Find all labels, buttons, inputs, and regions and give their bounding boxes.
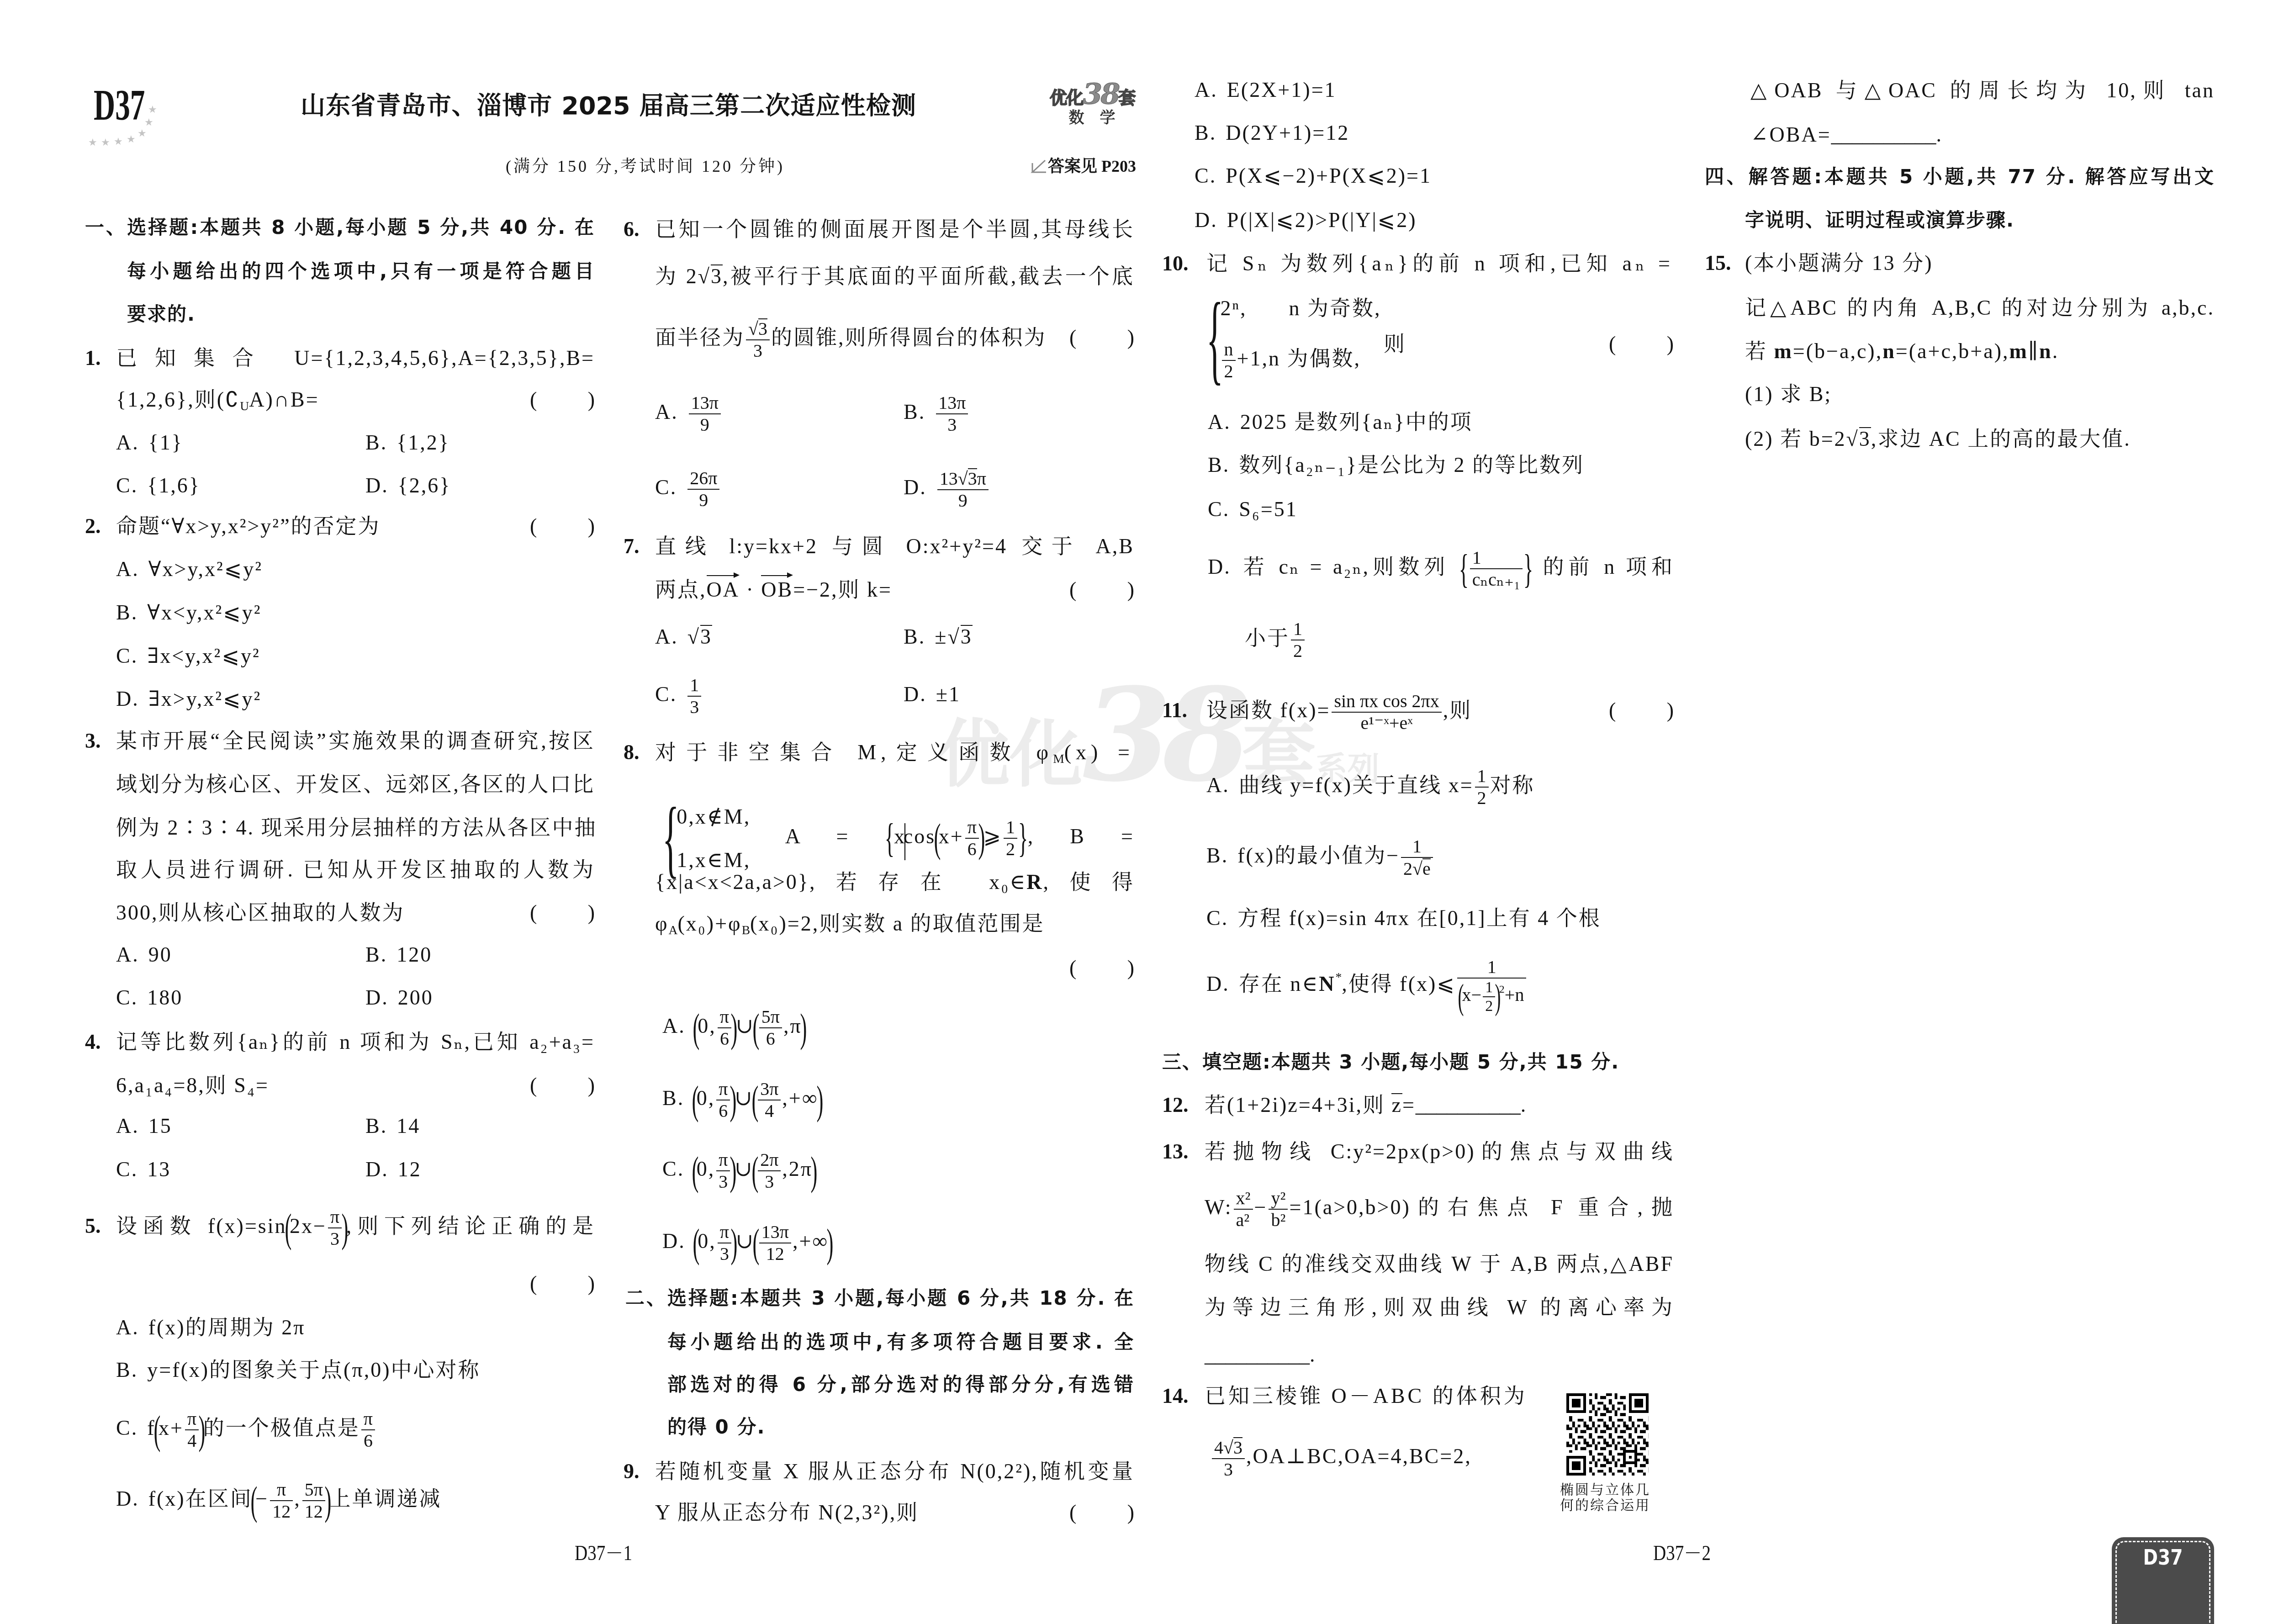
option-text: − [255, 1487, 269, 1510]
option-label: C. [655, 476, 677, 499]
option-d: D.∃x>y,x²⩽y² [116, 677, 261, 720]
fraction-denominator: a² [1234, 1210, 1253, 1230]
option-a: A.90 [116, 933, 172, 976]
fraction-numerator: 1 [1401, 836, 1433, 858]
right-paren: ) [341, 1208, 348, 1249]
option-c: C.方程 f(x)=sin 4πx 在[0,1]上有 4 个根 [1206, 897, 1601, 940]
question-stem: 4√33,OA⊥BC,OA=4,BC=2, [1211, 1435, 1472, 1478]
section-4-heading: 四、解答题:本题共 5 小题,共 77 分. 解答应写出文 [1705, 155, 2215, 198]
option-d-continued: 小于12 [1245, 617, 1306, 660]
fraction-numerator: π [328, 1207, 342, 1228]
option-text: 对称 [1490, 773, 1535, 797]
vector: OB [761, 579, 793, 601]
qr-code [1566, 1393, 1649, 1476]
question-number: 8. [624, 731, 640, 774]
star-icon: ★ [144, 117, 153, 127]
option-text: {1,2} [397, 431, 450, 454]
fraction-numerator: 1 [1475, 766, 1489, 788]
section-1-heading: 要求的. [127, 293, 196, 336]
option-d: D.12 [365, 1148, 422, 1191]
section-2-heading: 部选对的得 6 分,部分选对的得部分分,有选错 [667, 1363, 1134, 1406]
question-stem: (本小题满分 13 分) [1745, 242, 1933, 285]
star-icon: ★ [137, 128, 147, 138]
option-label: C. [1208, 497, 1230, 521]
option-label: C. [1206, 906, 1228, 930]
fraction-denominator: 3 [328, 1228, 342, 1249]
stem-text: 2x− [290, 1214, 327, 1238]
fraction-numerator: π [270, 1480, 293, 1501]
fraction-numerator: 1 [1004, 817, 1017, 839]
left-paren: ( [251, 1481, 258, 1522]
stem-text: =1(a>0,b>0)的右焦点 F 重合,抛 [1289, 1196, 1674, 1219]
sqrt-sign: √ [1846, 427, 1859, 450]
right-paren: ) [811, 1151, 818, 1192]
answer-bracket: ( ) [1069, 947, 1134, 989]
stem-text: . [1521, 1093, 1528, 1116]
option-d: D.P(|X|⩽2)>P(|Y|⩽2) [1195, 199, 1417, 242]
section-4-heading: 字说明、证明过程或演算步骤. [1745, 199, 2014, 242]
right-paren: ) [1495, 979, 1501, 1015]
radicand: 3 [711, 264, 723, 287]
fraction-denominator: cₙcₙ₊₁ [1470, 569, 1523, 590]
left-brace: { [885, 818, 895, 859]
answer-bracket: ( ) [530, 1064, 595, 1107]
corner-arrow-icon [1031, 159, 1046, 174]
numerator-text: 4 [1214, 1437, 1223, 1458]
option-text: 0, [698, 1014, 716, 1037]
right-paren: ) [731, 1008, 738, 1049]
fraction: 12 [1004, 817, 1017, 859]
option-d: D.13√3π9 [904, 466, 990, 509]
fraction: sin πx cos 2πxe¹⁻ˣ+eˣ [1332, 691, 1441, 733]
fraction-denominator: e¹⁻ˣ+eˣ [1332, 713, 1441, 733]
question-stem: {x|a<x<2a,a>0},若存在 x₀∈R,使得 [655, 861, 1134, 904]
stem-text: = [1402, 1093, 1416, 1116]
left-paren: ( [693, 1008, 700, 1049]
fraction-denominator: 2 [1004, 839, 1017, 859]
fraction: 1(x−12)2+n [1457, 957, 1527, 1015]
stem-text: 的圆锥,则所得圆台的体积为 [771, 326, 1047, 349]
option-a: A.2025 是数列{aₙ}中的项 [1208, 401, 1473, 444]
denominator-text: +n [1505, 984, 1524, 1005]
fraction: π6 [718, 1007, 731, 1049]
right-paren: ) [730, 1151, 736, 1192]
stem-text: ∠OBA= [1750, 123, 1831, 146]
fraction-numerator: x² [1234, 1188, 1253, 1210]
fraction: 3π4 [758, 1079, 781, 1121]
denominator-text: x− [1462, 984, 1482, 1005]
question-stem: △OAB 与△OAC 的周长均为 10,则 tan [1750, 69, 2215, 112]
question-stem: 已知三棱锥 O－ABC 的体积为 [1205, 1375, 1528, 1418]
fraction-denominator: 9 [937, 490, 989, 511]
option-b: B.±√3 [904, 615, 973, 658]
sqrt-sign: √ [748, 318, 758, 339]
fraction-denominator: 4 [185, 1430, 199, 1451]
option-c: C.180 [116, 976, 183, 1019]
option-text: 数列{a₂ₙ₋₁}是公比为 2 的等比数列 [1239, 453, 1584, 476]
brand-text: 套 [1118, 88, 1135, 108]
option-text: 2025 是数列{aₙ}中的项 [1240, 410, 1473, 434]
fraction: 4√33 [1212, 1437, 1245, 1480]
left-paren: ( [692, 1080, 698, 1121]
option-d: D.若 cₙ = a₂ₙ,则数列 {1cₙcₙ₊₁} 的前 n 项和 [1208, 545, 1674, 588]
option-label: B. [904, 625, 925, 648]
option-label: A. [655, 625, 678, 648]
stem-text: 为 2 [655, 264, 698, 288]
fraction: π3 [716, 1150, 730, 1192]
left-paren: ( [751, 1080, 758, 1121]
union-symbol: ∪ [735, 1086, 754, 1110]
option-text: , [294, 1487, 301, 1510]
option-b: B.∀x<y,x²⩽y² [116, 591, 262, 634]
stem-text: =−2,则 k= [793, 578, 892, 601]
option-label: A. [116, 1114, 139, 1137]
fraction: 2π3 [758, 1150, 781, 1192]
option-b: B.120 [365, 933, 432, 976]
page-title: 山东省青岛市、淄博市 2025 届高三第二次适应性检测 [301, 92, 916, 120]
stem-text: ,求边 AC 上的高的最大值. [1871, 427, 2131, 450]
right-paren: ) [325, 1481, 332, 1522]
stem-text: ,则下列结论正确的是 [346, 1214, 595, 1238]
fraction-numerator: π [718, 1222, 731, 1243]
radicand: 3 [700, 625, 712, 648]
fraction-numerator: 4√3 [1212, 1437, 1245, 1459]
question-number: 3. [85, 719, 101, 762]
option-text: 12 [398, 1158, 422, 1181]
option-text: {1,6} [147, 474, 201, 497]
question-number: 5. [85, 1205, 101, 1248]
qr-caption: 何的综合运用 [1560, 1498, 1650, 1513]
question-number: 15. [1705, 242, 1731, 285]
fraction: 13π3 [936, 393, 968, 435]
sqrt-sign: √ [1412, 858, 1422, 879]
option-text: ∃x<y,x²⩽y² [147, 644, 260, 667]
fraction-numerator: 26π [687, 468, 719, 490]
section-3-heading: 三、填空题:本题共 3 小题,每小题 5 分,共 15 分. [1162, 1041, 1619, 1084]
left-brace: { [1459, 549, 1469, 590]
fraction: 13π12 [759, 1222, 791, 1264]
question-stem: 300,则从核心区抽取的人数为 [116, 891, 405, 934]
fraction: π6 [965, 817, 979, 859]
stem-text: 面半径为 [655, 326, 745, 349]
option-text: 14 [397, 1114, 420, 1137]
right-paren: ) [978, 818, 985, 859]
fraction-numerator: π [965, 817, 979, 839]
dot-operator: · [740, 578, 761, 601]
stem-text: =(b−a,c), [1793, 339, 1882, 363]
numerator-text: π [977, 468, 986, 489]
fraction-denominator: 2 [1222, 361, 1236, 381]
stem-text: x+ [939, 825, 964, 848]
section-2-heading: 的得 0 分. [667, 1406, 765, 1449]
fraction: 12 [1291, 619, 1305, 661]
question-number: 10. [1162, 242, 1189, 285]
stem-text: (2) 若 b=2 [1745, 427, 1846, 450]
option-label: A. [1195, 78, 1218, 101]
fraction-numerator: 1 [687, 675, 701, 697]
question-stem: ∠OBA=__________. [1750, 113, 1943, 156]
fraction: n2 [1222, 339, 1236, 381]
stem-text: {1,2,6},则(∁ [116, 388, 240, 411]
option-text: 若 cₙ = a₂ₙ,则数列 [1240, 555, 1459, 578]
brand-number: 38 [1083, 77, 1118, 111]
fraction-numerator: 13π [936, 393, 968, 414]
page-tab: D37 [2112, 1537, 2214, 1624]
fraction-denominator: 3 [758, 1171, 781, 1192]
page-tab-label: D37 [2120, 1537, 2206, 1571]
option-label: A. [116, 1316, 139, 1339]
paper-code: D37 [94, 83, 145, 127]
option-c: C.13 [116, 1148, 171, 1191]
fraction-numerator: 3π [758, 1079, 781, 1100]
option-label: B. [365, 1114, 387, 1137]
question-number: 9. [624, 1450, 640, 1493]
stem-text: ,OA⊥BC,OA=4,BC=2, [1246, 1444, 1472, 1468]
stem-text: 对于非空集合 M,定义函数 φ [655, 741, 1053, 764]
answer-bracket: ( ) [1069, 316, 1134, 359]
fraction: π6 [716, 1079, 730, 1121]
natural-set-symbol: N [1319, 972, 1335, 995]
option-label: B. [365, 943, 387, 966]
stem-text: , B = [1028, 825, 1134, 848]
subject-label: 数 学 [1050, 108, 1134, 128]
option-label: D. [116, 1487, 139, 1510]
question-stem: 已知集合 U={1,2,3,4,5,6},A={2,3,5},B= [116, 337, 595, 380]
option-text: 上单调递减 [329, 1487, 441, 1510]
question-stem: 某市开展“全民阅读”实施效果的调查研究,按区 [116, 719, 595, 762]
question-number: 14. [1162, 1375, 1189, 1418]
question-number: 6. [624, 208, 640, 251]
option-text: 13 [147, 1158, 171, 1181]
option-d: D.存在 n∈N*,使得 f(x)⩽1(x−12)2+n [1206, 956, 1528, 999]
right-brace: } [1523, 549, 1533, 590]
left-paren: ( [692, 1151, 698, 1192]
stem-text: =(a+c,b+a), [1896, 339, 2009, 363]
option-a: A.E(2X+1)=1 [1195, 69, 1337, 111]
union-symbol: ∪ [736, 1229, 755, 1253]
answer-bracket: ( ) [530, 378, 595, 421]
option-c: C.26π9 [655, 466, 721, 509]
fraction-denominator: 3 [1212, 1459, 1245, 1480]
fraction: π3 [718, 1222, 731, 1264]
stem-text: ,则 [1443, 698, 1472, 722]
fraction-denominator: b² [1269, 1210, 1288, 1230]
option-b: B.(0,π6)∪(3π4,+∞) [662, 1077, 821, 1120]
section-2-heading: 二、选择题:本题共 3 小题,每小题 6 分,共 18 分. 在 [625, 1277, 1134, 1320]
radicand: 3 [968, 468, 977, 488]
question-stem: 记 Sₙ 为数列{aₙ}的前 n 项和,已知 aₙ = [1206, 242, 1674, 285]
stem-text: 若(1+2i)z=4+3i,则 [1205, 1093, 1391, 1116]
option-label: B. [116, 1358, 138, 1381]
option-text: ,2π [782, 1157, 813, 1180]
question-stem: Y 服从正态分布 N(2,3²),则 [655, 1491, 919, 1534]
section-1-heading: 一、选择题:本题共 8 小题,每小题 5 分,共 40 分. 在 [85, 206, 595, 249]
fraction-denominator: 12 [302, 1501, 325, 1522]
question-stem: {1,2,6},则(∁UA)∩B= [116, 378, 319, 421]
fraction-denominator: 2 [1475, 788, 1489, 808]
right-paren: ) [816, 1080, 823, 1121]
option-label: A. [655, 400, 678, 423]
subscript: A [669, 923, 678, 937]
piecewise-rows: 2ⁿ,n 为奇数, n2+1,n 为偶数, [1221, 288, 1381, 388]
fraction: 5π12 [302, 1480, 325, 1522]
option-text: f(x)的最小值为− [1237, 844, 1400, 867]
fraction-denominator: (x−12)2+n [1457, 979, 1527, 1015]
fraction-numerator: π [716, 1150, 730, 1171]
option-text: 90 [148, 943, 172, 966]
option-text: 120 [397, 943, 432, 966]
option-a: A.{1} [116, 421, 183, 464]
option-d: D.(0,π3)∪(13π12,+∞) [662, 1220, 832, 1263]
star-icon: ★ [127, 134, 136, 144]
fraction-denominator: 2 [1291, 640, 1305, 661]
stem-text: (x₀)=2,则实数 a 的取值范围是 [750, 912, 1045, 935]
fraction: π4 [185, 1409, 199, 1451]
fraction-numerator: π [716, 1079, 730, 1100]
question-stem: __________. [1205, 1333, 1316, 1376]
option-label: D. [116, 687, 139, 710]
fraction: 26π9 [687, 468, 719, 510]
sqrt-sign: √ [687, 625, 700, 648]
option-text: f(x)在区间 [148, 1487, 253, 1510]
stem-text: 设函数 f(x)= [1206, 698, 1330, 722]
option-text: ∃x>y,x²⩽y² [148, 687, 262, 710]
stem-text: (x₀)+φ [678, 912, 742, 935]
option-label: B. [365, 431, 387, 454]
option-text: ± [935, 625, 947, 648]
star-icon: ★ [114, 137, 123, 147]
answer-bracket: ( ) [530, 1262, 595, 1305]
fraction-denominator: 6 [965, 839, 979, 859]
question-stem: 取人员进行调研. 已知从开发区抽取的人数为 [116, 848, 595, 891]
fraction-denominator: 12 [759, 1243, 791, 1264]
superscript: * [1336, 970, 1342, 984]
option-text: ∀x<y,x²⩽y² [147, 601, 261, 624]
option-label: B. [1195, 121, 1216, 144]
option-text: 0, [698, 1229, 716, 1253]
fraction-numerator: 5π [759, 1007, 782, 1028]
union-symbol: ∪ [735, 1157, 754, 1180]
right-paren: ) [827, 1223, 834, 1264]
option-text: 180 [147, 986, 183, 1009]
option-a: A.∀x>y,x²⩽y² [116, 548, 263, 591]
fraction-denominator: 3 [746, 340, 770, 361]
option-label: C. [116, 1158, 138, 1181]
stem-text: W: [1205, 1196, 1232, 1219]
radicand: 3 [1233, 1437, 1242, 1457]
option-b: B.y=f(x)的图象关于点(π,0)中心对称 [116, 1349, 480, 1391]
fraction-numerator: 1 [1483, 979, 1495, 997]
option-text: ±1 [936, 682, 961, 706]
fraction: 13√3π9 [937, 468, 989, 511]
option-label: B. [1208, 453, 1230, 476]
fraction-denominator: 4 [758, 1100, 781, 1121]
fraction-numerator: π [185, 1409, 199, 1430]
piecewise-row: n2+1,n 为偶数, [1221, 329, 1381, 388]
question-stem: 若 m=(b−a,c),n=(a+c,b+a),m∥n. [1745, 330, 2059, 373]
option-label: D. [904, 476, 927, 499]
union-symbol: ∪ [736, 1014, 755, 1037]
option-c: C.(0,π3)∪(2π3,2π) [662, 1148, 816, 1190]
radicand: 3 [1859, 427, 1871, 450]
answer-bracket: ( ) [1609, 689, 1674, 732]
option-label: C. [662, 1157, 684, 1180]
left-paren: ( [153, 1410, 160, 1451]
fraction-denominator: 6 [759, 1028, 782, 1049]
answer-reference: 答案见 P203 [1031, 155, 1136, 178]
option-text: ,π [783, 1014, 802, 1037]
piece-condition: n 为奇数, [1289, 296, 1381, 320]
question-number: 4. [85, 1021, 101, 1063]
option-text: 0, [697, 1157, 715, 1180]
question-stem: 域划分为核心区、开发区、远郊区,各区的人口比 [116, 763, 595, 806]
stem-text: 若 [1745, 339, 1774, 363]
fraction-numerator: 13π [689, 393, 721, 414]
question-number: 7. [624, 525, 640, 568]
option-label: A. [1206, 773, 1230, 797]
radicand: e [1422, 858, 1431, 878]
option-label: A. [662, 1014, 686, 1037]
subscript: U [240, 399, 249, 413]
question-number: 12. [1162, 1084, 1189, 1127]
option-a: A.√3 [655, 615, 712, 658]
option-a: A.f(x)的周期为 2π [116, 1306, 305, 1349]
option-text: y=f(x)的图象关于点(π,0)中心对称 [147, 1358, 480, 1381]
option-text: {1} [148, 431, 183, 454]
question-number: 13. [1162, 1130, 1189, 1173]
fraction-denominator: 3 [716, 1171, 730, 1192]
stem-text: A = [751, 825, 885, 848]
fraction-denominator: 2 [1483, 997, 1495, 1015]
option-label: B. [116, 601, 138, 624]
radicand: 3 [758, 318, 767, 339]
fraction-numerator: 13π [759, 1222, 791, 1243]
answer-blank: __________ [1416, 1093, 1521, 1116]
question-stem: φA(x₀)+φB(x₀)=2,则实数 a 的取值范围是 [655, 902, 1045, 945]
option-text: P(X⩽−2)+P(X⩽2)=1 [1226, 164, 1432, 187]
fraction-denominator: 6 [718, 1028, 731, 1049]
section-1-heading: 每小题给出的四个选项中,只有一项是符合题目 [127, 250, 595, 293]
option-text: 15 [148, 1114, 172, 1137]
left-paren: ( [753, 1008, 760, 1049]
option-text: 曲线 y=f(x)关于直线 x= [1239, 773, 1474, 797]
question-stem: 设函数 f(x)=sin(2x−π3),则下列结论正确的是 [116, 1205, 595, 1248]
fraction-numerator: n [1222, 339, 1236, 361]
vector-m: m [2009, 339, 2028, 363]
answer-bracket: ( ) [1069, 568, 1134, 611]
option-d: D.200 [365, 976, 434, 1019]
conjugate-z: z [1391, 1093, 1402, 1116]
option-b: B.{1,2} [365, 421, 450, 464]
exam-info: (满分 150 分,考试时间 120 分钟) [506, 155, 785, 178]
right-paren: ) [800, 1008, 807, 1049]
option-c: C.∃x<y,x²⩽y² [116, 635, 260, 677]
option-text: P(|X|⩽2)>P(|Y|⩽2) [1227, 208, 1417, 232]
sub-question: (2) 若 b=2√3,求边 AC 上的高的最大值. [1745, 418, 2131, 460]
piece-value: 2ⁿ, [1221, 288, 1289, 329]
fraction: x²a² [1234, 1188, 1253, 1230]
fraction-numerator: 13√3π [937, 468, 989, 490]
star-icon: ★ [88, 138, 97, 148]
option-text: x+ [159, 1416, 184, 1439]
stem-text: . [2052, 339, 2059, 363]
fraction-numerator: y² [1269, 1188, 1288, 1210]
option-label: C. [116, 644, 138, 667]
fraction-numerator: π [718, 1007, 731, 1028]
option-a: A.曲线 y=f(x)关于直线 x=12对称 [1206, 764, 1535, 807]
question-stem: 记△ABC 的内角 A,B,C 的对边分别为 a,b,c. [1745, 286, 2215, 329]
option-text: 0, [697, 1086, 715, 1110]
